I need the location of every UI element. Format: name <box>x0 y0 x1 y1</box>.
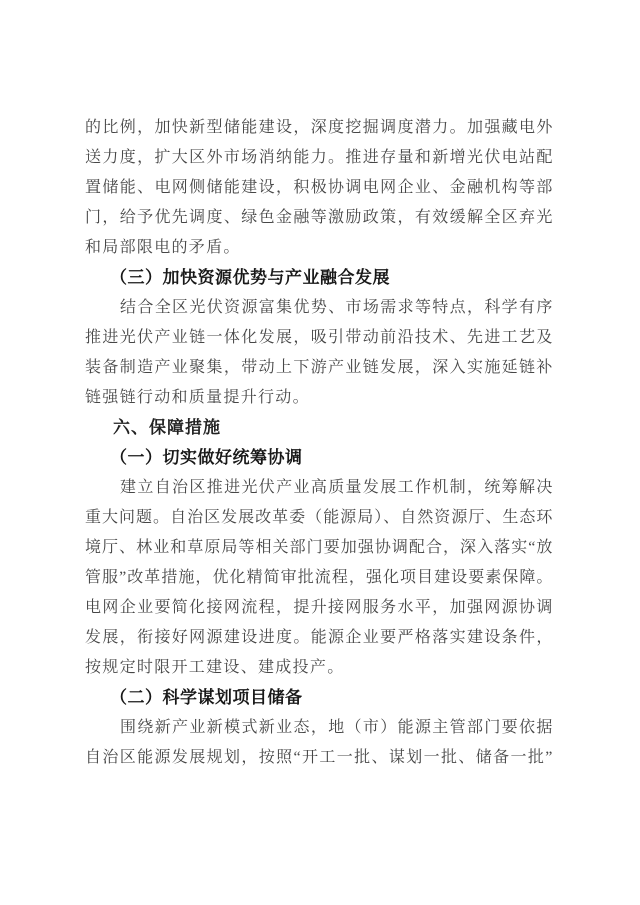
text-line: 置储能、电网侧储能建设，积极协调电网企业、金融机构等部 <box>85 173 553 203</box>
text-line: 建立自治区推进光伏产业高质量发展工作机制，统筹解决 <box>85 473 553 503</box>
text-line: 链强链行动和质量提升行动。 <box>85 383 553 413</box>
document-body: 的比例，加快新型储能建设，深度挖掘调度潜力。加强藏电外 送力度，扩大区外市场消纳… <box>85 113 553 773</box>
text-line: 推进光伏产业链一体化发展，吸引带动前沿技术、先进工艺及 <box>85 323 553 353</box>
text-line: 门，给予优先调度、绿色金融等激励政策，有效缓解全区弃光 <box>85 203 553 233</box>
section-heading-2: （二）科学谋划项目储备 <box>85 683 553 713</box>
text-line: 境厅、林业和草原局等相关部门要加强协调配合，深入落实“放 <box>85 533 553 563</box>
text-line: 和局部限电的矛盾。 <box>85 233 553 263</box>
text-line: 自治区能源发展规划，按照“开工一批、谋划一批、储备一批” <box>85 743 553 773</box>
chapter-heading-6: 六、保障措施 <box>85 413 553 443</box>
text-line: 结合全区光伏资源富集优势、市场需求等特点，科学有序 <box>85 293 553 323</box>
text-line: 发展，衔接好网源建设进度。能源企业要严格落实建设条件， <box>85 623 553 653</box>
text-line: 重大问题。自治区发展改革委（能源局）、自然资源厅、生态环 <box>85 503 553 533</box>
text-line: 围绕新产业新模式新业态，地（市）能源主管部门要依据 <box>85 713 553 743</box>
text-line: 装备制造产业聚集，带动上下游产业链发展，深入实施延链补 <box>85 353 553 383</box>
text-line: 电网企业要简化接网流程，提升接网服务水平，加强网源协调 <box>85 593 553 623</box>
text-line: 按规定时限开工建设、建成投产。 <box>85 653 553 683</box>
text-line: 送力度，扩大区外市场消纳能力。推进存量和新增光伏电站配 <box>85 143 553 173</box>
section-heading-3: （三）加快资源优势与产业融合发展 <box>85 263 553 293</box>
section-heading-1: （一）切实做好统筹协调 <box>85 443 553 473</box>
document-page: 的比例，加快新型储能建设，深度挖掘调度潜力。加强藏电外 送力度，扩大区外市场消纳… <box>0 0 640 905</box>
text-line: 的比例，加快新型储能建设，深度挖掘调度潜力。加强藏电外 <box>85 113 553 143</box>
text-line: 管服”改革措施，优化精简审批流程，强化项目建设要素保障。 <box>85 563 553 593</box>
